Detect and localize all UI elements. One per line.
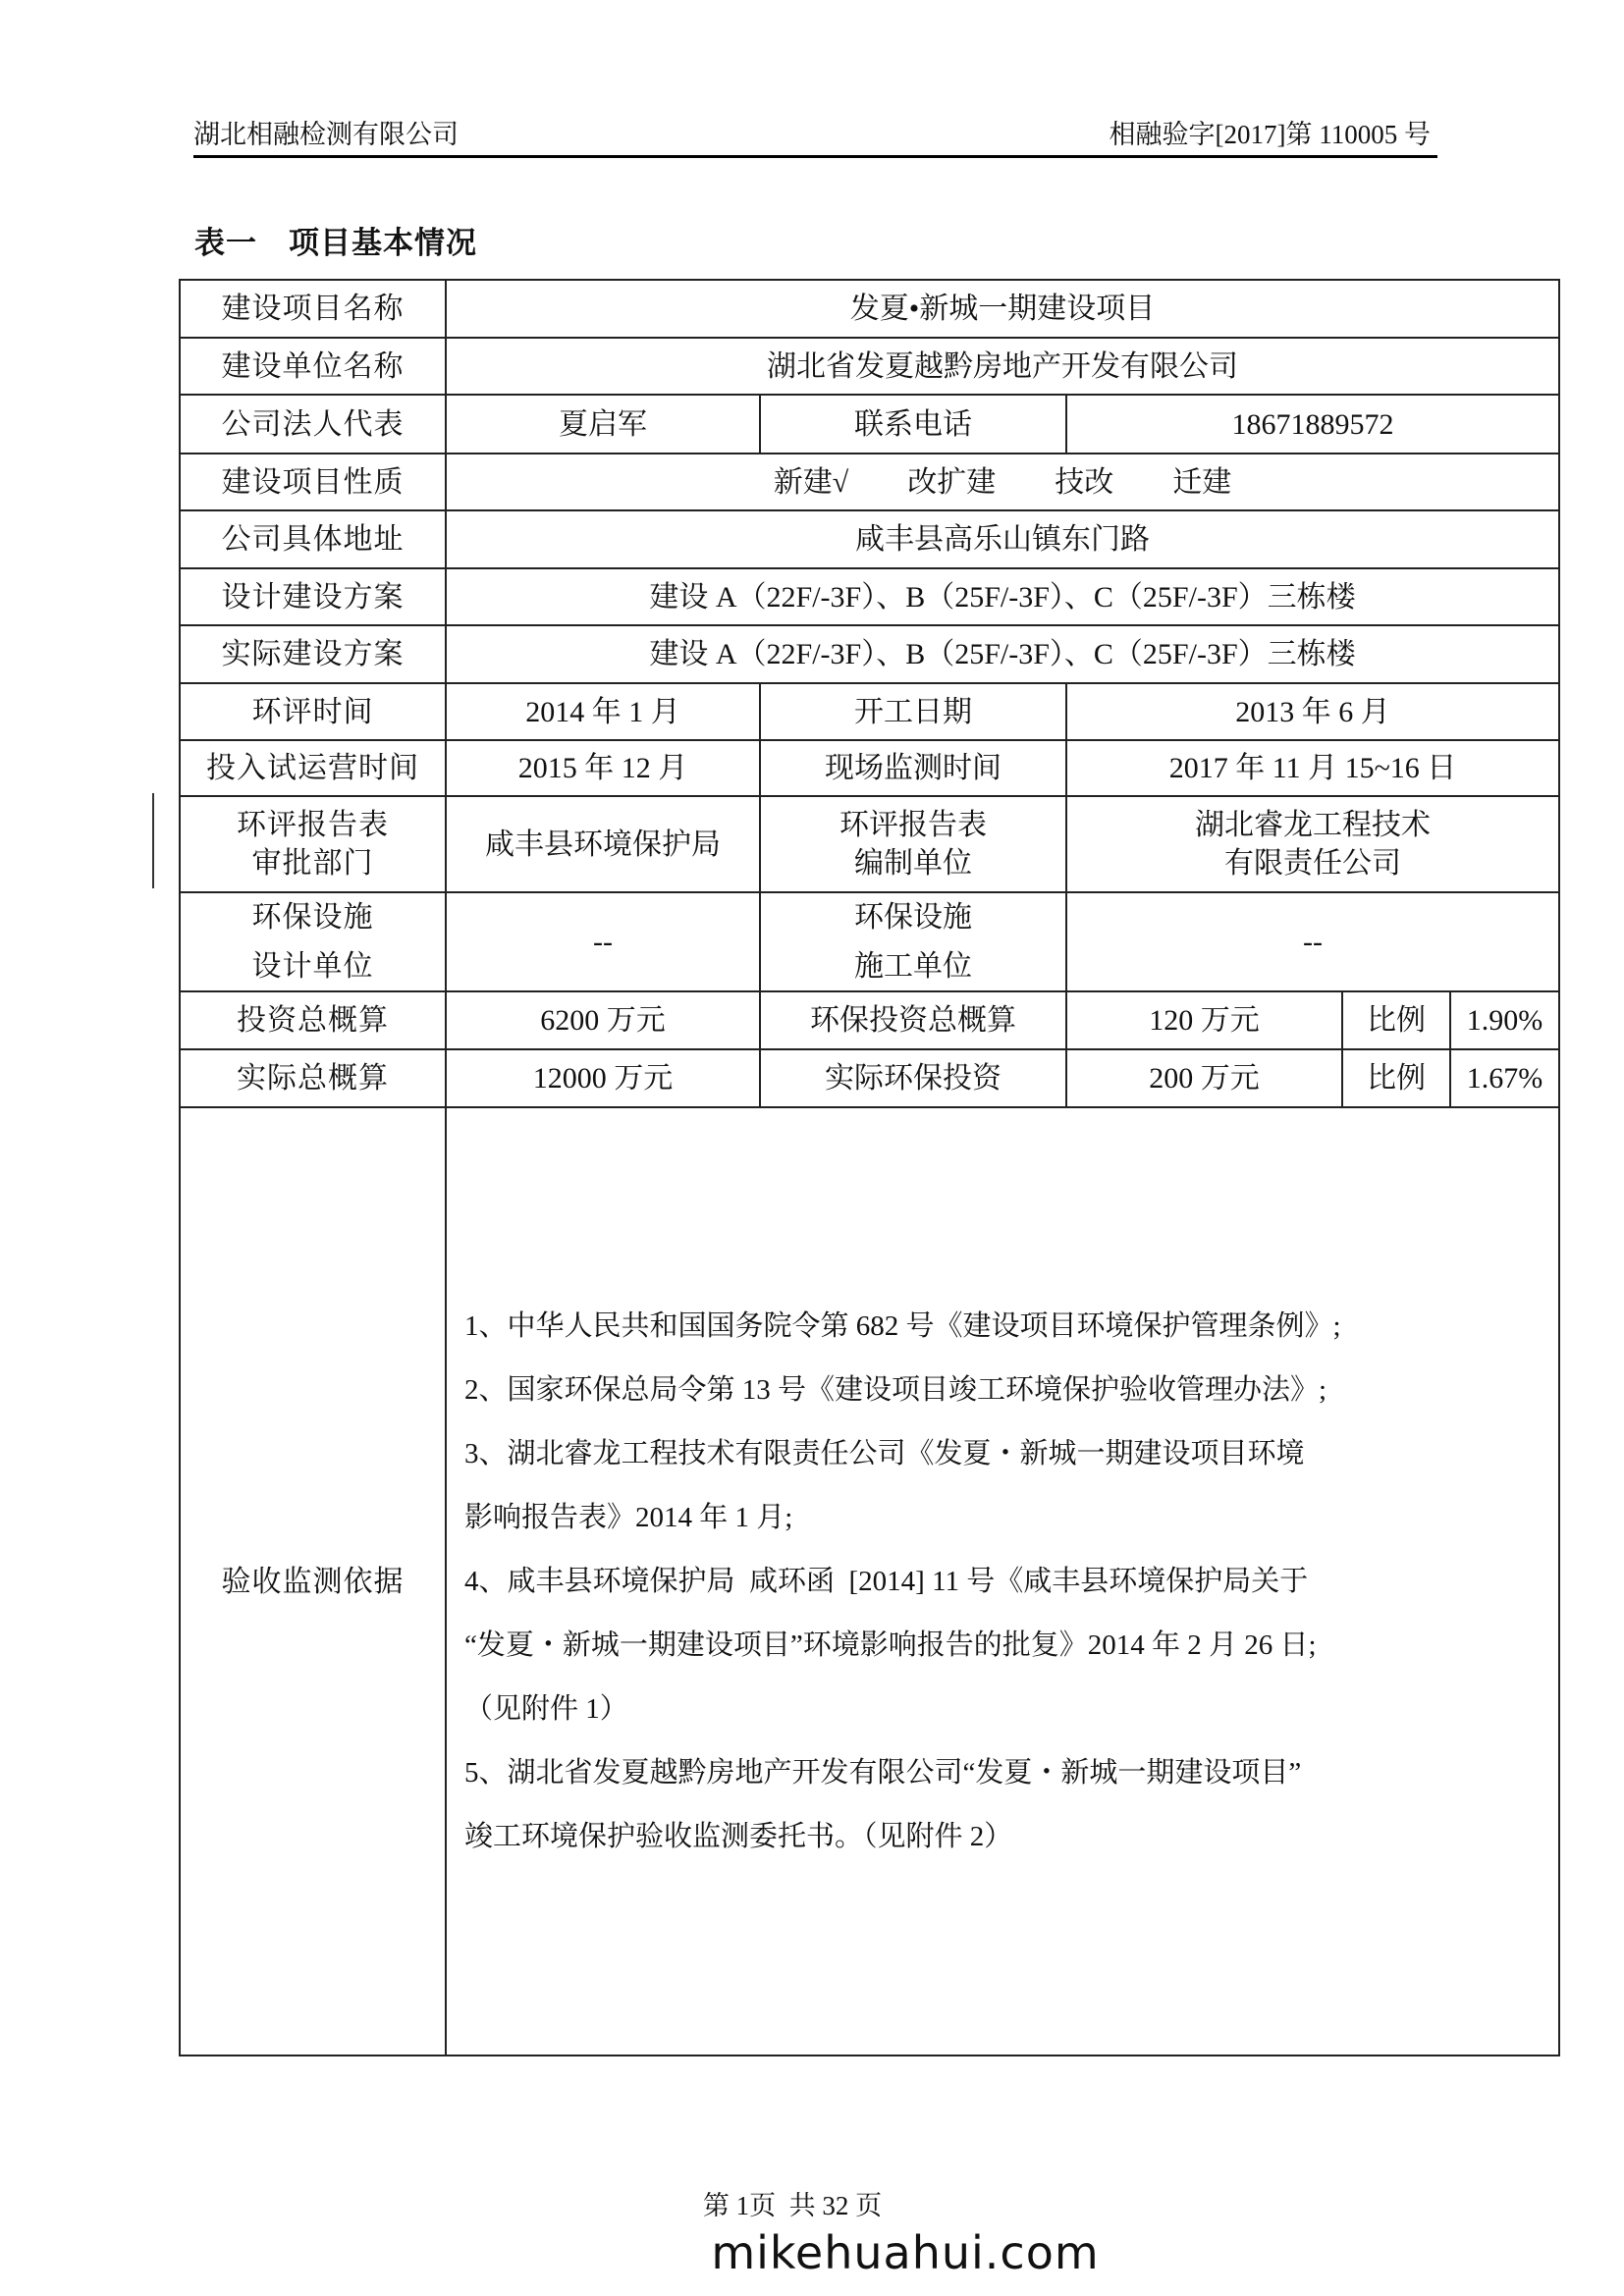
legal-rep-value: 夏启军 — [446, 395, 760, 454]
ratio-label: 比例 — [1342, 991, 1450, 1049]
section-title: 表一 项目基本情况 — [194, 218, 477, 262]
table-row: 设计建设方案 建设 A（22F/-3F）、B（25F/-3F）、C（25F/-3… — [180, 568, 1559, 625]
nature-value: 新建√ 改扩建 技改 迁建 — [446, 454, 1559, 510]
phone-value: 18671889572 — [1066, 395, 1559, 454]
phone-label: 联系电话 — [760, 395, 1066, 454]
basis-line: 1、中华人民共和国国务院令第 682 号《建设项目环境保护管理条例》; — [464, 1295, 1544, 1359]
basis-line: （见附件 1） — [464, 1678, 1544, 1741]
design-unit-label-line1: 环保设施 — [181, 893, 445, 942]
construct-unit-value: -- — [1066, 892, 1559, 991]
table-row: 投资总概算 6200 万元 环保投资总概算 120 万元 比例 1.90% — [180, 991, 1559, 1049]
table-row: 投入试运营时间 2015 年 12 月 现场监测时间 2017 年 11 月 1… — [180, 740, 1559, 796]
header-company: 湖北相融检测有限公司 — [193, 113, 459, 151]
construct-unit-label-line1: 环保设施 — [761, 893, 1065, 942]
trial-op-value: 2015 年 12 月 — [446, 740, 760, 796]
project-name-value: 发夏•新城一期建设项目 — [446, 280, 1559, 338]
actual-env-invest-label: 实际环保投资 — [760, 1049, 1066, 1107]
design-unit-label-line2: 设计单位 — [181, 942, 445, 991]
design-unit-value: -- — [446, 892, 760, 991]
compiler-label: 环评报告表 编制单位 — [760, 796, 1066, 892]
table-row: 验收监测依据 1、中华人民共和国国务院令第 682 号《建设项目环境保护管理条例… — [180, 1107, 1559, 2056]
compiler-label-line1: 环评报告表 — [761, 806, 1065, 844]
project-name-label: 建设项目名称 — [180, 280, 446, 338]
construct-unit-label-line2: 施工单位 — [761, 942, 1065, 991]
address-label: 公司具体地址 — [180, 510, 446, 568]
table-row: 实际建设方案 建设 A（22F/-3F）、B（25F/-3F）、C（25F/-3… — [180, 625, 1559, 683]
table-row: 建设项目名称 发夏•新城一期建设项目 — [180, 280, 1559, 338]
design-plan-value: 建设 A（22F/-3F）、B（25F/-3F）、C（25F/-3F）三栋楼 — [446, 568, 1559, 625]
approval-dept-value: 咸丰县环境保护局 — [446, 796, 760, 892]
nature-label: 建设项目性质 — [180, 454, 446, 510]
table-row: 环评时间 2014 年 1 月 开工日期 2013 年 6 月 — [180, 683, 1559, 740]
table-row: 环保设施 设计单位 -- 环保设施 施工单位 -- — [180, 892, 1559, 991]
eia-time-label: 环评时间 — [180, 683, 446, 740]
approval-dept-label-line1: 环评报告表 — [181, 806, 445, 844]
basis-line: 影响报告表》2014 年 1 月; — [464, 1486, 1544, 1550]
compiler-value-line2: 有限责任公司 — [1067, 844, 1558, 882]
header-report-number: 相融验字[2017]第 110005 号 — [1110, 113, 1431, 151]
basis-line: 2、国家环保总局令第 13 号《建设项目竣工环境保护验收管理办法》; — [464, 1359, 1544, 1422]
construct-unit-label: 环保设施 施工单位 — [760, 892, 1066, 991]
page-header: 湖北相融检测有限公司 相融验字[2017]第 110005 号 — [193, 116, 1436, 157]
table-row: 公司法人代表 夏启军 联系电话 18671889572 — [180, 395, 1559, 454]
design-plan-label: 设计建设方案 — [180, 568, 446, 625]
basis-line: “发夏・新城一期建设项目”环境影响报告的批复》2014 年 2 月 26 日; — [464, 1614, 1544, 1678]
actual-plan-label: 实际建设方案 — [180, 625, 446, 683]
builder-label: 建设单位名称 — [180, 338, 446, 395]
table-row: 实际总概算 12000 万元 实际环保投资 200 万元 比例 1.67% — [180, 1049, 1559, 1107]
table-row: 建设项目性质 新建√ 改扩建 技改 迁建 — [180, 454, 1559, 510]
basis-line: 3、湖北睿龙工程技术有限责任公司《发夏・新城一期建设项目环境 — [464, 1422, 1544, 1486]
table-row: 建设单位名称 湖北省发夏越黔房地产开发有限公司 — [180, 338, 1559, 395]
basis-line: 竣工环境保护验收监测委托书。（见附件 2） — [464, 1805, 1544, 1869]
approval-dept-label: 环评报告表 审批部门 — [180, 796, 446, 892]
basis-label: 验收监测依据 — [180, 1107, 446, 2056]
page-number-text: 第 1页 共 32 页 — [703, 2184, 882, 2222]
invest-label: 投资总概算 — [180, 991, 446, 1049]
compiler-label-line2: 编制单位 — [761, 844, 1065, 882]
design-unit-label: 环保设施 设计单位 — [180, 892, 446, 991]
actual-invest-label: 实际总概算 — [180, 1049, 446, 1107]
eia-time-value: 2014 年 1 月 — [446, 683, 760, 740]
table-row: 公司具体地址 咸丰县高乐山镇东门路 — [180, 510, 1559, 568]
ratio-value: 1.90% — [1450, 991, 1559, 1049]
env-invest-value: 120 万元 — [1066, 991, 1342, 1049]
start-date-label: 开工日期 — [760, 683, 1066, 740]
address-value: 咸丰县高乐山镇东门路 — [446, 510, 1559, 568]
trial-op-label: 投入试运营时间 — [180, 740, 446, 796]
project-info-table: 建设项目名称 发夏•新城一期建设项目 建设单位名称 湖北省发夏越黔房地产开发有限… — [179, 279, 1560, 2056]
monitor-time-label: 现场监测时间 — [760, 740, 1066, 796]
ratio-label: 比例 — [1342, 1049, 1450, 1107]
ratio-value: 1.67% — [1450, 1049, 1559, 1107]
table-row: 环评报告表 审批部门 咸丰县环境保护局 环评报告表 编制单位 湖北睿龙工程技术 … — [180, 796, 1559, 892]
actual-plan-value: 建设 A（22F/-3F）、B（25F/-3F）、C（25F/-3F）三栋楼 — [446, 625, 1559, 683]
builder-value: 湖北省发夏越黔房地产开发有限公司 — [446, 338, 1559, 395]
compiler-value-line1: 湖北睿龙工程技术 — [1067, 806, 1558, 844]
env-invest-label: 环保投资总概算 — [760, 991, 1066, 1049]
compiler-value: 湖北睿龙工程技术 有限责任公司 — [1066, 796, 1559, 892]
approval-dept-label-line2: 审批部门 — [181, 844, 445, 882]
start-date-value: 2013 年 6 月 — [1066, 683, 1559, 740]
monitor-time-value: 2017 年 11 月 15~16 日 — [1066, 740, 1559, 796]
actual-env-invest-value: 200 万元 — [1066, 1049, 1342, 1107]
basis-line: 5、湖北省发夏越黔房地产开发有限公司“发夏・新城一期建设项目” — [464, 1741, 1544, 1805]
basis-line: 4、咸丰县环境保护局 咸环函 [2014] 11 号《咸丰县环境保护局关于 — [464, 1550, 1544, 1614]
watermark: mikehuahui.com — [0, 2226, 1624, 2279]
invest-value: 6200 万元 — [446, 991, 760, 1049]
header-rule — [193, 155, 1437, 158]
watermark-text: mikehuahui.com — [711, 2226, 1099, 2279]
basis-content: 1、中华人民共和国国务院令第 682 号《建设项目环境保护管理条例》; 2、国家… — [446, 1107, 1559, 2056]
actual-invest-value: 12000 万元 — [446, 1049, 760, 1107]
margin-mark — [152, 793, 154, 888]
legal-rep-label: 公司法人代表 — [180, 395, 446, 454]
page-number: 第 1页 共 32 页 — [0, 2184, 1624, 2222]
